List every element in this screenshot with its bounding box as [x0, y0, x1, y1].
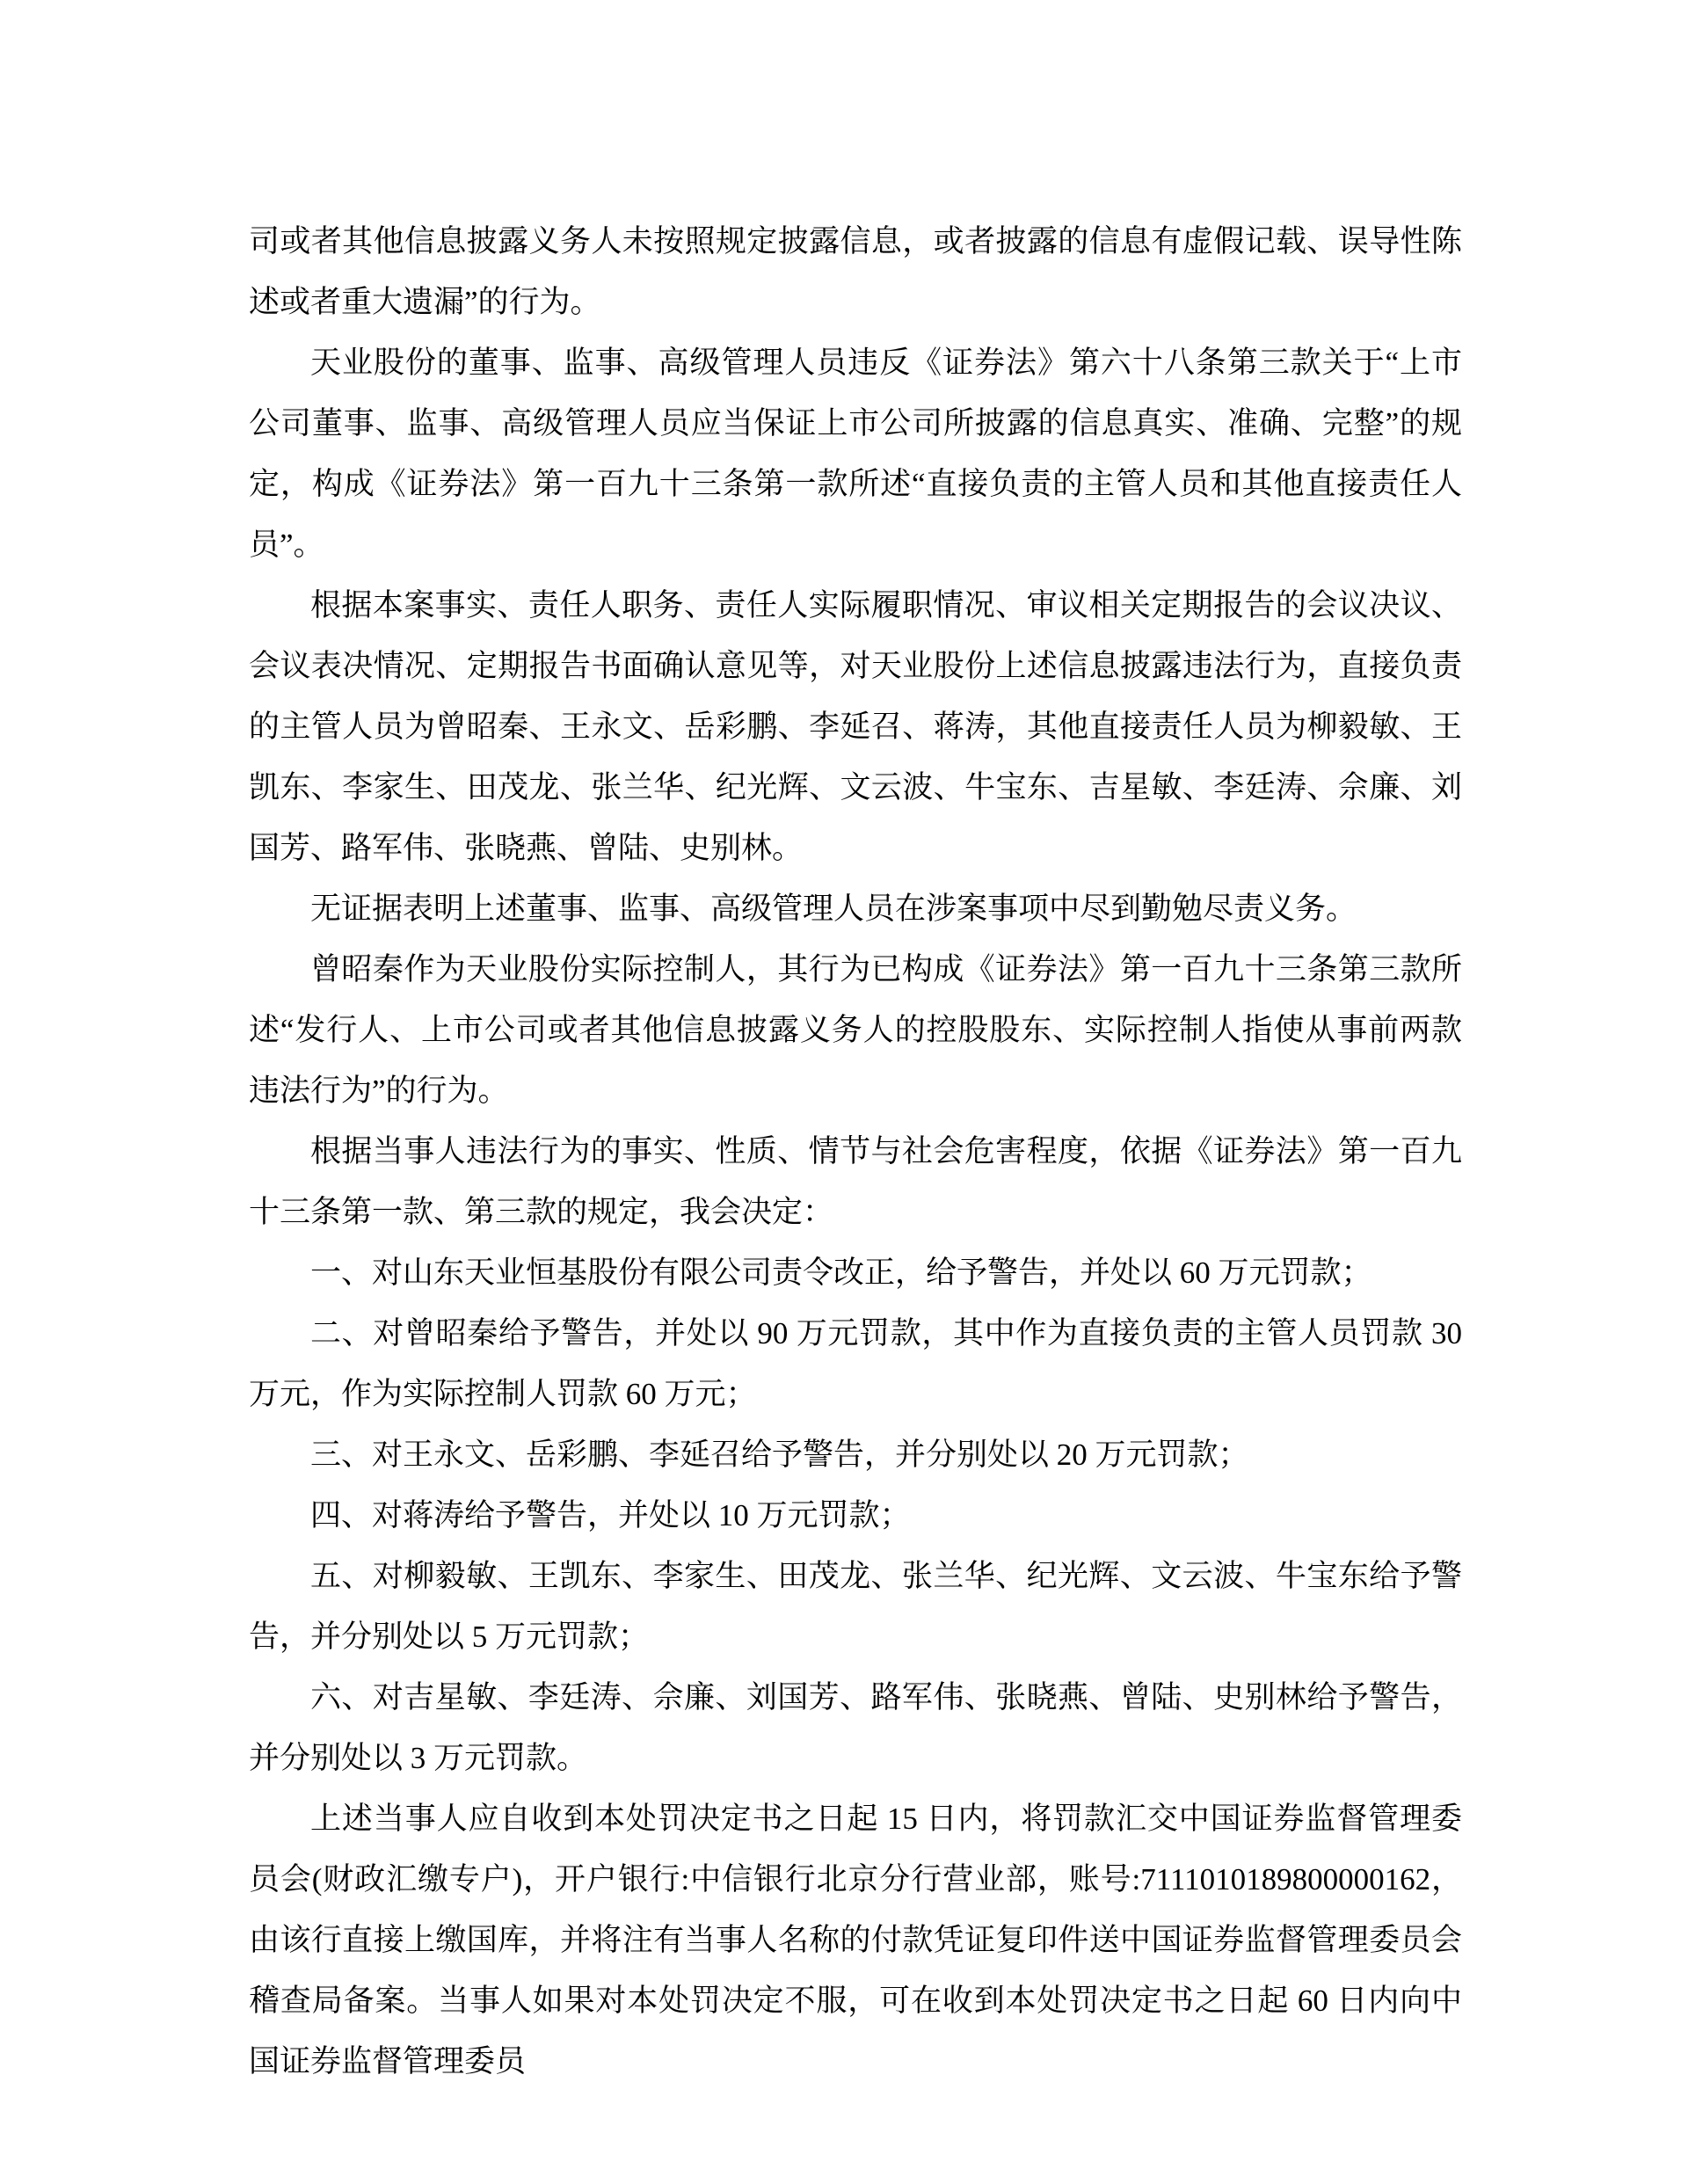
penalty-item-2-zengzhaoqin-fine: 二、对曾昭秦给予警告，并处以 90 万元罚款，其中作为直接负责的主管人员罚款 3… — [249, 1303, 1462, 1424]
document-body-text: 司或者其他信息披露义务人未按照规定披露信息，或者披露的信息有虚假记载、误导性陈述… — [249, 211, 1462, 2092]
penalty-item-6-warning-group-fine: 六、对吉星敏、李廷涛、佘廉、刘国芳、路军伟、张晓燕、曾陆、史别林给予警告，并分别… — [249, 1667, 1462, 1788]
paragraph-payment-and-appeal-instructions: 上述当事人应自收到本处罚决定书之日起 15 日内，将罚款汇交中国证券监督管理委员… — [249, 1788, 1462, 2092]
penalty-item-1-company-fine: 一、对山东天业恒基股份有限公司责令改正，给予警告，并处以 60 万元罚款； — [249, 1242, 1462, 1303]
paragraph-actual-controller-violation: 曾昭秦作为天业股份实际控制人，其行为已构成《证券法》第一百九十三条第三款所述“发… — [249, 939, 1462, 1121]
penalty-item-5-warning-group-fine: 五、对柳毅敏、王凯东、李家生、田茂龙、张兰华、纪光辉、文云波、牛宝东给予警告，并… — [249, 1546, 1462, 1667]
paragraph-directors-supervisors-violation: 天业股份的董事、监事、高级管理人员违反《证券法》第六十八条第三款关于“上市公司董… — [249, 332, 1462, 575]
continuation-paragraph-disclosure-violation: 司或者其他信息披露义务人未按照规定披露信息，或者披露的信息有虚假记载、误导性陈述… — [249, 211, 1462, 332]
paragraph-responsibility-determination: 根据本案事实、责任人职务、责任人实际履职情况、审议相关定期报告的会议决议、会议表… — [249, 575, 1462, 878]
paragraph-decision-basis: 根据当事人违法行为的事实、性质、情节与社会危害程度，依据《证券法》第一百九十三条… — [249, 1121, 1462, 1242]
document-page: 司或者其他信息披露义务人未按照规定披露信息，或者披露的信息有虚假记载、误导性陈述… — [0, 0, 1688, 2184]
paragraph-no-evidence-of-diligence: 无证据表明上述董事、监事、高级管理人员在涉案事项中尽到勤勉尽责义务。 — [249, 878, 1462, 939]
penalty-item-4-jiangtao-fine: 四、对蒋涛给予警告，并处以 10 万元罚款； — [249, 1485, 1462, 1546]
penalty-item-3-directors-fine: 三、对王永文、岳彩鹏、李延召给予警告，并分别处以 20 万元罚款； — [249, 1424, 1462, 1485]
